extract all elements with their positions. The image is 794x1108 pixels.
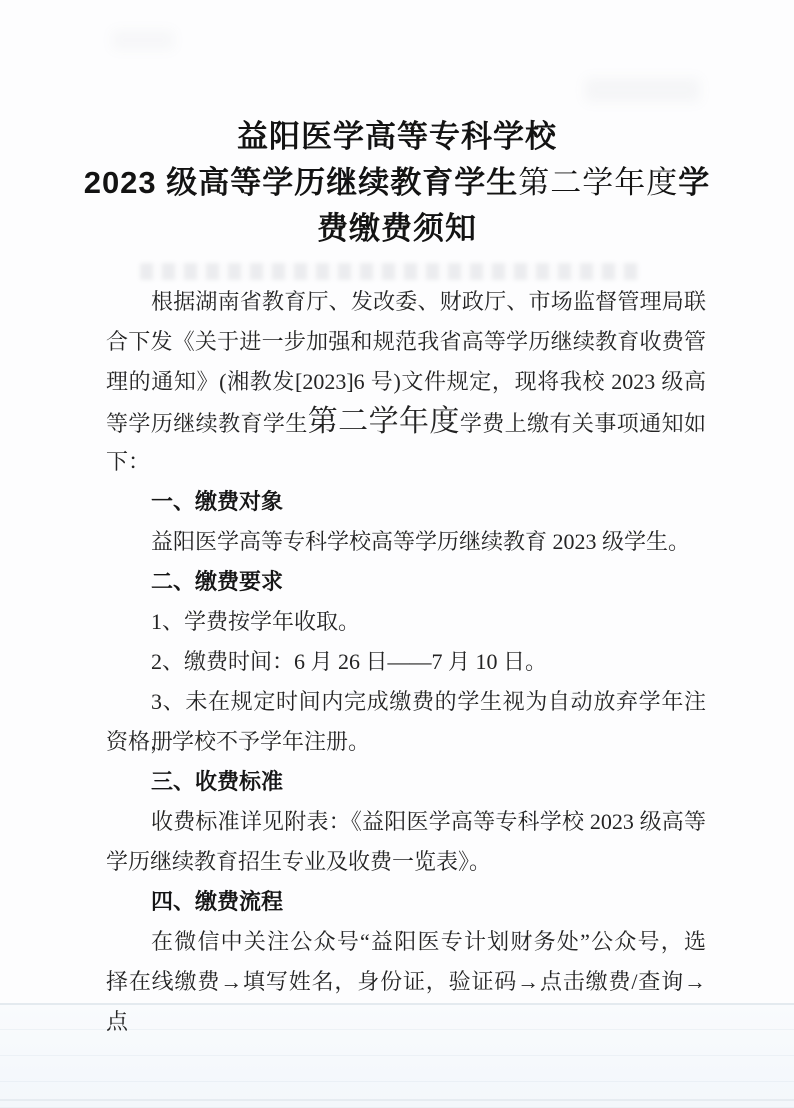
paragraph-line: 学历继续教育招生专业及收费一览表》。 (106, 842, 706, 882)
section-heading-2: 二、缴费要求 (106, 562, 706, 602)
title-line-2-bold: 2023 级高等学历继续教育学生 (84, 165, 519, 200)
scanned-document-page: 益阳医学高等专科学校 2023 级高等学历继续教育学生第二学年度学 费缴费须知 … (0, 0, 794, 1108)
section-heading-1: 一、缴费对象 (106, 482, 706, 522)
list-item: 3、未在规定时间内完成缴费的学生视为自动放弃学年注册 (106, 682, 706, 722)
paragraph-line: 益阳医学高等专科学校高等学历继续教育 2023 级学生。 (106, 522, 706, 562)
section-heading-3: 三、收费标准 (106, 762, 706, 802)
title-line-1: 益阳医学高等专科学校 (40, 114, 754, 160)
paragraph-segment: 学费上缴有关事项通知如 (460, 411, 706, 436)
paragraph-line: 资格，学校不予学年注册。 (106, 722, 706, 762)
title-line-2-serif: 第二学年度 (518, 165, 678, 200)
scan-artifact (112, 30, 174, 50)
section-heading-4: 四、缴费流程 (106, 882, 706, 922)
document-title: 益阳医学高等专科学校 2023 级高等学历继续教育学生第二学年度学 费缴费须知 (40, 114, 754, 252)
title-line-2-bold-tail: 学 (678, 165, 710, 200)
paragraph-line: 择在线缴费→填写姓名，身份证，验证码→点击缴费/查询→点 (106, 962, 706, 1002)
paragraph-line: 理的通知》(湘教发[2023]6 号)文件规定，现将我校 2023 级高 (106, 362, 706, 402)
paragraph-line: 下： (106, 442, 706, 482)
scan-fold-line (0, 1099, 794, 1101)
list-item: 1、学费按学年收取。 (106, 602, 706, 642)
paragraph-segment: 等学历继续教育学生 (106, 411, 308, 436)
list-item: 2、缴费时间：6 月 26 日——7 月 10 日。 (106, 642, 706, 682)
document-body: 根据湖南省教育厅、发改委、财政厅、市场监督管理局联 合下发《关于进一步加强和规范… (106, 282, 706, 1002)
paragraph-line: 在微信中关注公众号“益阳医专计划财务处”公众号，选 (106, 922, 706, 962)
paragraph-segment-emphasis: 第二学年度 (308, 405, 460, 438)
scan-artifact (585, 78, 700, 102)
title-line-2: 2023 级高等学历继续教育学生第二学年度学 (40, 160, 754, 206)
paragraph-line: 收费标准详见附表：《益阳医学高等专科学校 2023 级高等 (106, 802, 706, 842)
title-line-3: 费缴费须知 (40, 206, 754, 252)
paragraph-line: 等学历继续教育学生第二学年度学费上缴有关事项通知如 (106, 402, 706, 442)
paragraph-line: 根据湖南省教育厅、发改委、财政厅、市场监督管理局联 (106, 282, 706, 322)
scan-bleedthrough-text (140, 263, 640, 280)
paragraph-line: 合下发《关于进一步加强和规范我省高等学历继续教育收费管 (106, 322, 706, 362)
